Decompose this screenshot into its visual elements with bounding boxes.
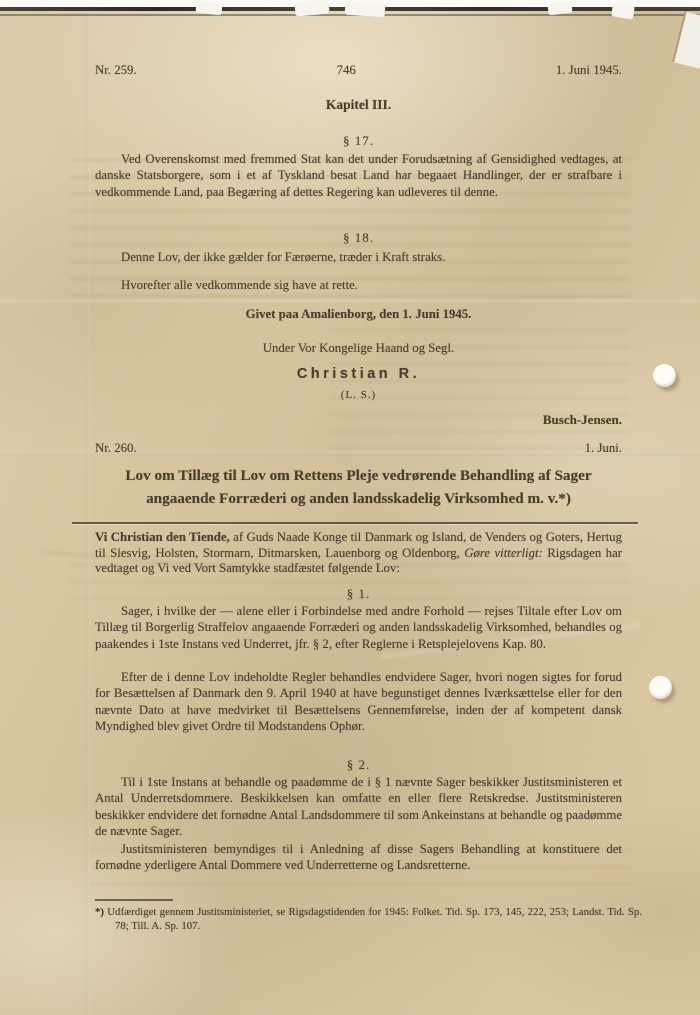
torn-paper-fragment [345, 2, 386, 18]
locus-sigilli: (L. S.) [95, 389, 622, 401]
punch-hole [649, 676, 672, 699]
footnote-divider [95, 899, 173, 901]
section-2-heading: § 2. [95, 757, 622, 773]
preamble-royal-name: Vi Christian den Tiende, [95, 530, 230, 544]
section-18-heading: § 18. [95, 230, 622, 246]
section-1-paragraph-1: Sager, i hvilke der — alene eller i Forb… [95, 603, 622, 652]
punch-hole [653, 364, 676, 387]
law-number-left: Nr. 259. [95, 62, 137, 78]
footnote: *) Udfærdiget gennem Justitsministeriet,… [95, 906, 642, 933]
section-2-paragraph-2: Justitsministeren bemyndiges til i Anled… [95, 841, 622, 874]
footnote-marker: *) [95, 906, 104, 918]
section-18-text: Denne Lov, der ikke gælder for Færøerne,… [95, 249, 622, 265]
countersignature: Busch-Jensen. [95, 412, 674, 428]
date-right: 1. Juni. [585, 440, 622, 456]
date-right: 1. Juni 1945. [556, 62, 622, 78]
royal-signature: Christian R. [95, 366, 622, 382]
chapter-heading: Kapitel III. [95, 97, 622, 113]
given-at-line: Givet paa Amalienborg, den 1. Juni 1945. [95, 306, 622, 322]
preamble-vitterligt: Gøre vitterligt: [464, 546, 543, 560]
law-number-left: Nr. 260. [95, 440, 137, 456]
section-1-paragraph-2: Efter de i denne Lov indeholdte Regler b… [95, 669, 622, 735]
royal-preamble: Vi Christian den Tiende, af Guds Naade K… [95, 530, 622, 577]
footnote-text: Udfærdiget gennem Justitsministeriet, se… [104, 906, 642, 932]
section-17-text: Ved Overenskomst med fremmed Stat kan de… [95, 151, 622, 200]
title-divider-rule [72, 522, 638, 524]
section-1-heading: § 1. [95, 586, 622, 602]
law-title: Lov om Tillæg til Lov om Rettens Pleje v… [95, 464, 622, 510]
scanned-law-document: Nr. 259. 746 1. Juni 1945. Kapitel III. … [0, 0, 700, 1015]
section-2-paragraph-1: Til i 1ste Instans at behandle og paadøm… [95, 774, 622, 840]
page-number: 746 [337, 62, 356, 78]
closing-formula: Hvorefter alle vedkommende sig have at r… [95, 277, 622, 293]
running-head: Nr. 259. 746 1. Juni 1945. [95, 62, 622, 78]
section-17-heading: § 17. [95, 133, 622, 149]
law-260-head-row: Nr. 260. 1. Juni. [95, 440, 622, 456]
royal-seal-line: Under Vor Kongelige Haand og Segl. [95, 340, 622, 356]
torn-paper-fragment [195, 1, 222, 16]
